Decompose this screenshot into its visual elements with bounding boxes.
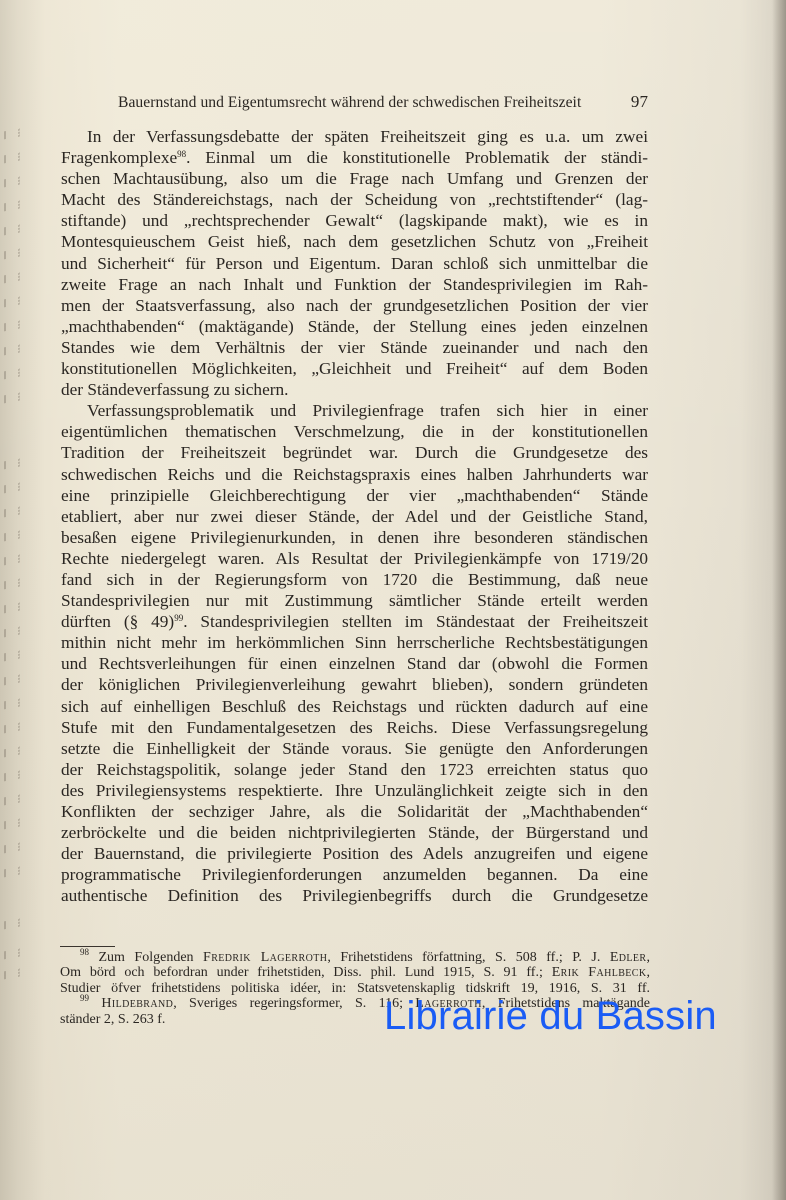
text-line: besaßen eigene Privilegienurkunden, in d… bbox=[61, 527, 648, 548]
text-line: zweite Frage an nach Inhalt und Funktion… bbox=[61, 274, 648, 295]
text-line: stiftande) und „rechtsprechender Gewalt“… bbox=[61, 210, 648, 231]
running-head: Bauernstand und Eigentumsrecht während d… bbox=[118, 92, 648, 112]
footnote-ref-98[interactable]: 98 bbox=[177, 149, 186, 159]
text-line: des Privilegiensystems respektierte. Ihr… bbox=[61, 780, 648, 801]
text-line: und Sicherheit“ für Person und Eigentum.… bbox=[61, 253, 648, 274]
text-line: authentische Definition des Privilegienb… bbox=[61, 885, 648, 906]
author-name: Hildebrand bbox=[101, 996, 173, 1011]
text-line: eine prinzipielle Gleichberechtigung der… bbox=[61, 485, 648, 506]
paragraph-2: Verfassungsproblematik und Privilegienfr… bbox=[61, 400, 648, 906]
text-line: schen Machtausübung, also um die Frage n… bbox=[61, 168, 648, 189]
author-name: Edler bbox=[610, 950, 647, 965]
text-line: der Bauernstand, die privilegierte Posit… bbox=[61, 843, 648, 864]
footnote-ref-99[interactable]: 99 bbox=[174, 613, 183, 623]
text-line: Verfassungsproblematik und Privilegienfr… bbox=[61, 400, 648, 421]
page-edge-shadow bbox=[772, 0, 786, 1200]
body-text: In der Verfassungsdebatte der späten Fre… bbox=[61, 126, 648, 906]
footnote-98: 98 Zum Folgenden Fredrik Lagerroth, Frih… bbox=[60, 950, 650, 996]
running-head-title: Bauernstand und Eigentumsrecht während d… bbox=[118, 94, 581, 112]
page-number: 97 bbox=[631, 92, 648, 112]
text-line: programmatische Privilegienforderungen a… bbox=[61, 864, 648, 885]
text-line: sich auf einhelligen Beschluß des Reichs… bbox=[61, 696, 648, 717]
text-line: schwedischen Reichs und die Reichstagspr… bbox=[61, 464, 648, 485]
footnote-line: Om börd och befordran under frihetstiden… bbox=[60, 965, 650, 980]
author-name: Erik Fahlbeck bbox=[552, 965, 647, 980]
text-line: men der Staatsverfassung, also nach der … bbox=[61, 295, 648, 316]
text-line: Rechte niedergelegt waren. Als Resultat … bbox=[61, 548, 648, 569]
text-line: zerbröckelte und die beiden nichtprivile… bbox=[61, 822, 648, 843]
text-line: der Reichstagspolitik, solange jeder Sta… bbox=[61, 759, 648, 780]
text-line: In der Verfassungsdebatte der späten Fre… bbox=[61, 126, 648, 147]
text-line: eigentümlichen thematischen Verschmelzun… bbox=[61, 421, 648, 442]
adjacent-page-bleed bbox=[0, 120, 30, 1020]
text-line: Stufe mit den Fundamentalgesetzen des Re… bbox=[61, 717, 648, 738]
text-line: und Rechtsverleihungen für einen einzeln… bbox=[61, 653, 648, 674]
text-line: der Ständeverfassung zu sichern. bbox=[61, 379, 648, 400]
text-line: Tradition der Freiheitszeit begründet wa… bbox=[61, 442, 648, 463]
text-line: mithin nicht mehr im herkömmlichen Sinn … bbox=[61, 632, 648, 653]
text-line: fand sich in der Regierungsform von 1720… bbox=[61, 569, 648, 590]
author-name: Fredrik Lagerroth bbox=[203, 950, 327, 965]
footnote-line: 98 Zum Folgenden Fredrik Lagerroth, Frih… bbox=[60, 950, 650, 965]
text-line: konstitutionellen Möglichkeiten, „Gleich… bbox=[61, 358, 648, 379]
watermark-text: Librairie du Bassin bbox=[384, 996, 717, 1036]
text-line: Macht des Ständereichstags, nach der Sch… bbox=[61, 189, 648, 210]
text-line: der königlichen Privilegienverleihung ge… bbox=[61, 674, 648, 695]
footnote-number: 98 bbox=[80, 947, 89, 957]
text-line: Konflikten der sechziger Jahre, als die … bbox=[61, 801, 648, 822]
footnote-number: 99 bbox=[80, 993, 89, 1003]
text-line: Fragenkomplexe98. Einmal um die konstitu… bbox=[61, 147, 648, 168]
paragraph-1: In der Verfassungsdebatte der späten Fre… bbox=[61, 126, 648, 400]
text-line: Montesquieuschem Geist hieß, nach dem ge… bbox=[61, 231, 648, 252]
text-line: Standesprivilegien nur mit Zustimmung sä… bbox=[61, 590, 648, 611]
text-line: etabliert, aber nur zwei dieser Stände, … bbox=[61, 506, 648, 527]
text-line: setzte die Einhelligkeit der Stände vora… bbox=[61, 738, 648, 759]
text-line: Standes wie dem Verhältnis der vier Stän… bbox=[61, 337, 648, 358]
text-line: dürften (§ 49)99. Standesprivilegien ste… bbox=[61, 611, 648, 632]
text-line: „machthabenden“ (maktägande) Stände, der… bbox=[61, 316, 648, 337]
